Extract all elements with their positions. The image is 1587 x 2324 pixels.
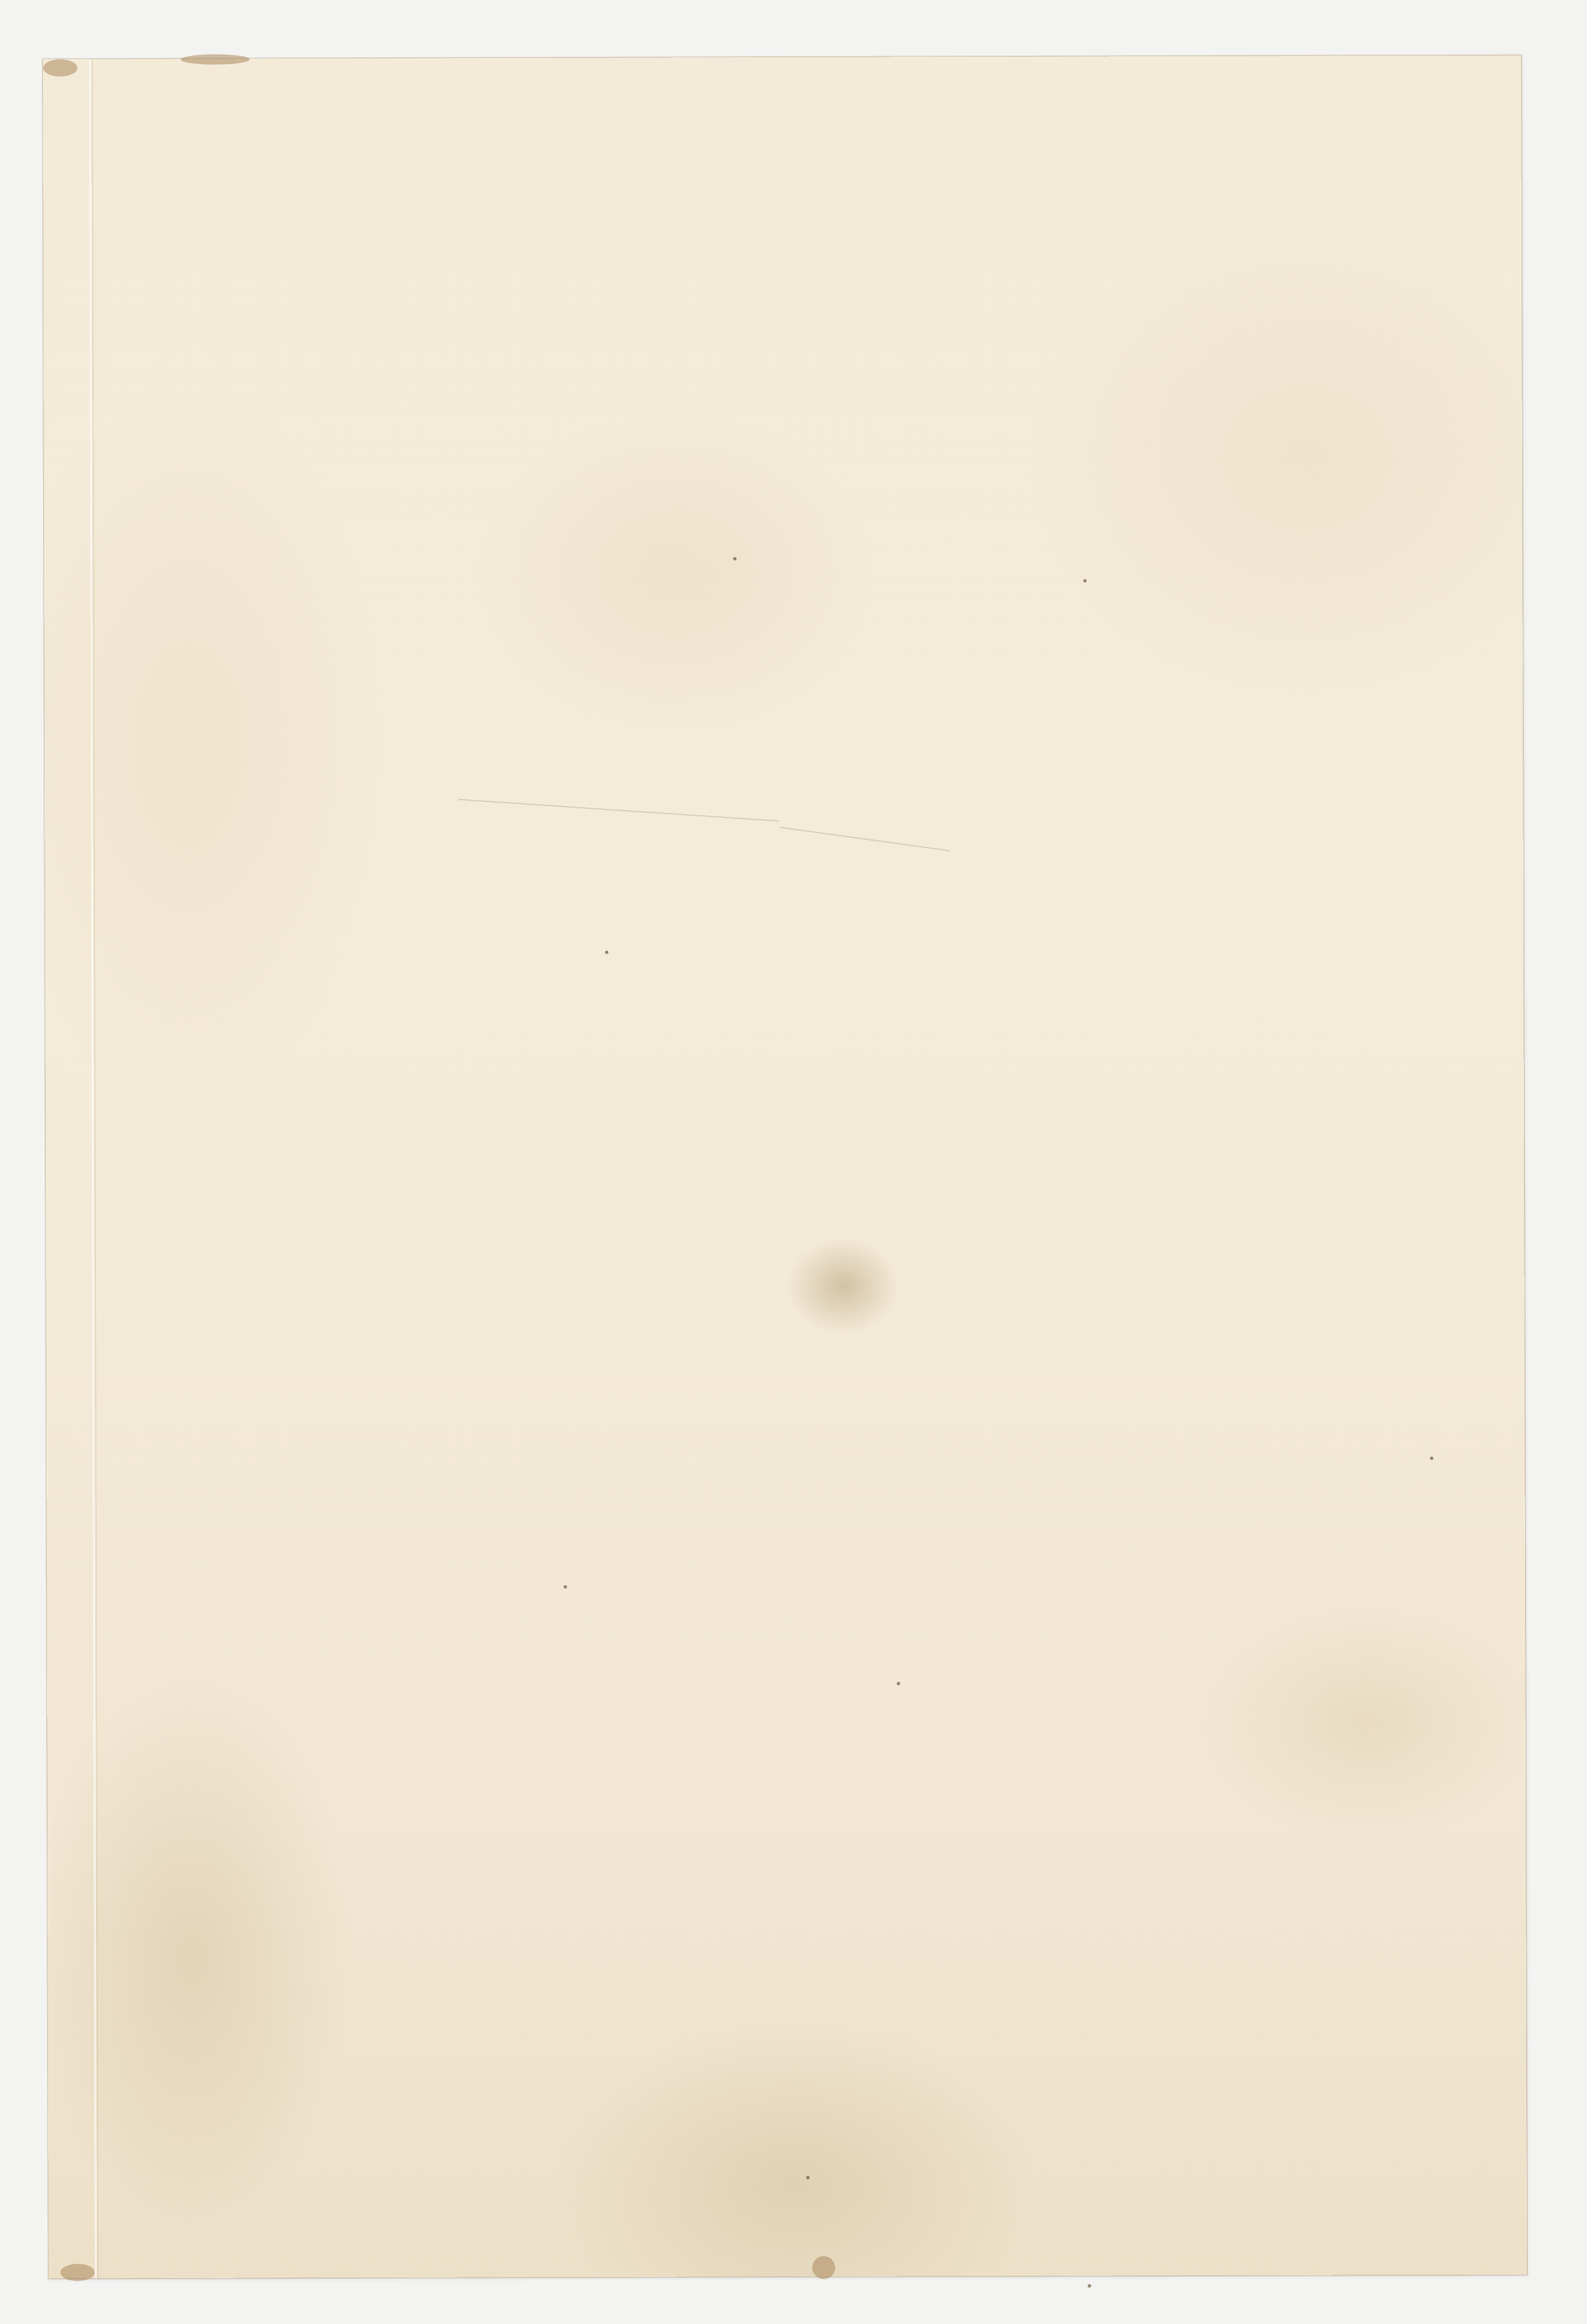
scratch bbox=[779, 827, 950, 851]
embossed-edge-line bbox=[89, 59, 97, 2278]
speck bbox=[806, 2176, 810, 2179]
edge-wear-top bbox=[181, 54, 250, 64]
speck bbox=[605, 951, 608, 954]
speck bbox=[1088, 2284, 1091, 2288]
speck bbox=[1083, 579, 1087, 583]
scratch bbox=[458, 799, 779, 822]
edge-wear-bottom-center bbox=[812, 2256, 835, 2279]
scan-background bbox=[0, 0, 1587, 2324]
speck bbox=[564, 1585, 567, 1589]
speck bbox=[733, 557, 736, 560]
paper-card bbox=[43, 56, 1527, 2279]
speck bbox=[897, 1682, 900, 1685]
edge-wear-bottom-left bbox=[60, 2264, 95, 2281]
speck bbox=[1430, 1457, 1433, 1460]
edge-wear-top-left bbox=[43, 59, 77, 76]
